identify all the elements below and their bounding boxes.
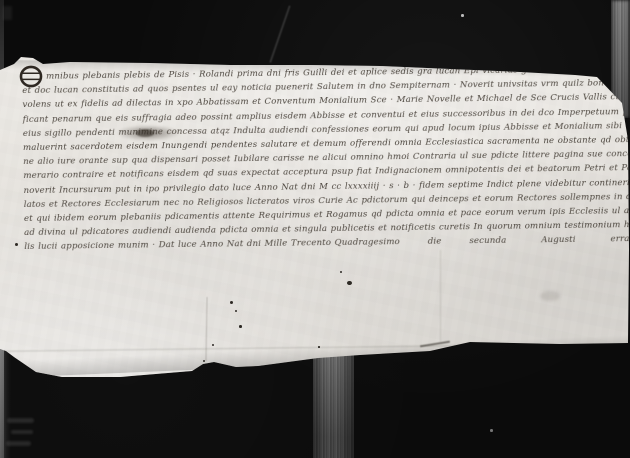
ink-speck (318, 346, 320, 348)
wooden-post-strip (313, 353, 354, 458)
dust-speck (490, 429, 493, 432)
faint-scribble (11, 430, 33, 434)
ink-speck (235, 310, 237, 312)
ink-speck (203, 360, 205, 362)
manuscript-text: mnibus plebanis plebis de Pisis · Roland… (22, 62, 630, 254)
ink-speck (212, 344, 214, 346)
ink-speck (15, 243, 18, 246)
ink-speck (239, 325, 242, 328)
faint-corner-mark (3, 6, 12, 20)
faint-scribble (6, 441, 31, 446)
vertical-crease (440, 250, 441, 342)
faint-scribble (7, 418, 34, 423)
ink-speck (230, 301, 233, 304)
photograph: mnibus plebanis plebis de Pisis · Roland… (0, 0, 630, 458)
ink-speck (347, 281, 352, 285)
ink-speck (340, 271, 342, 273)
faint-smudge (540, 291, 560, 301)
dust-speck (461, 14, 464, 17)
